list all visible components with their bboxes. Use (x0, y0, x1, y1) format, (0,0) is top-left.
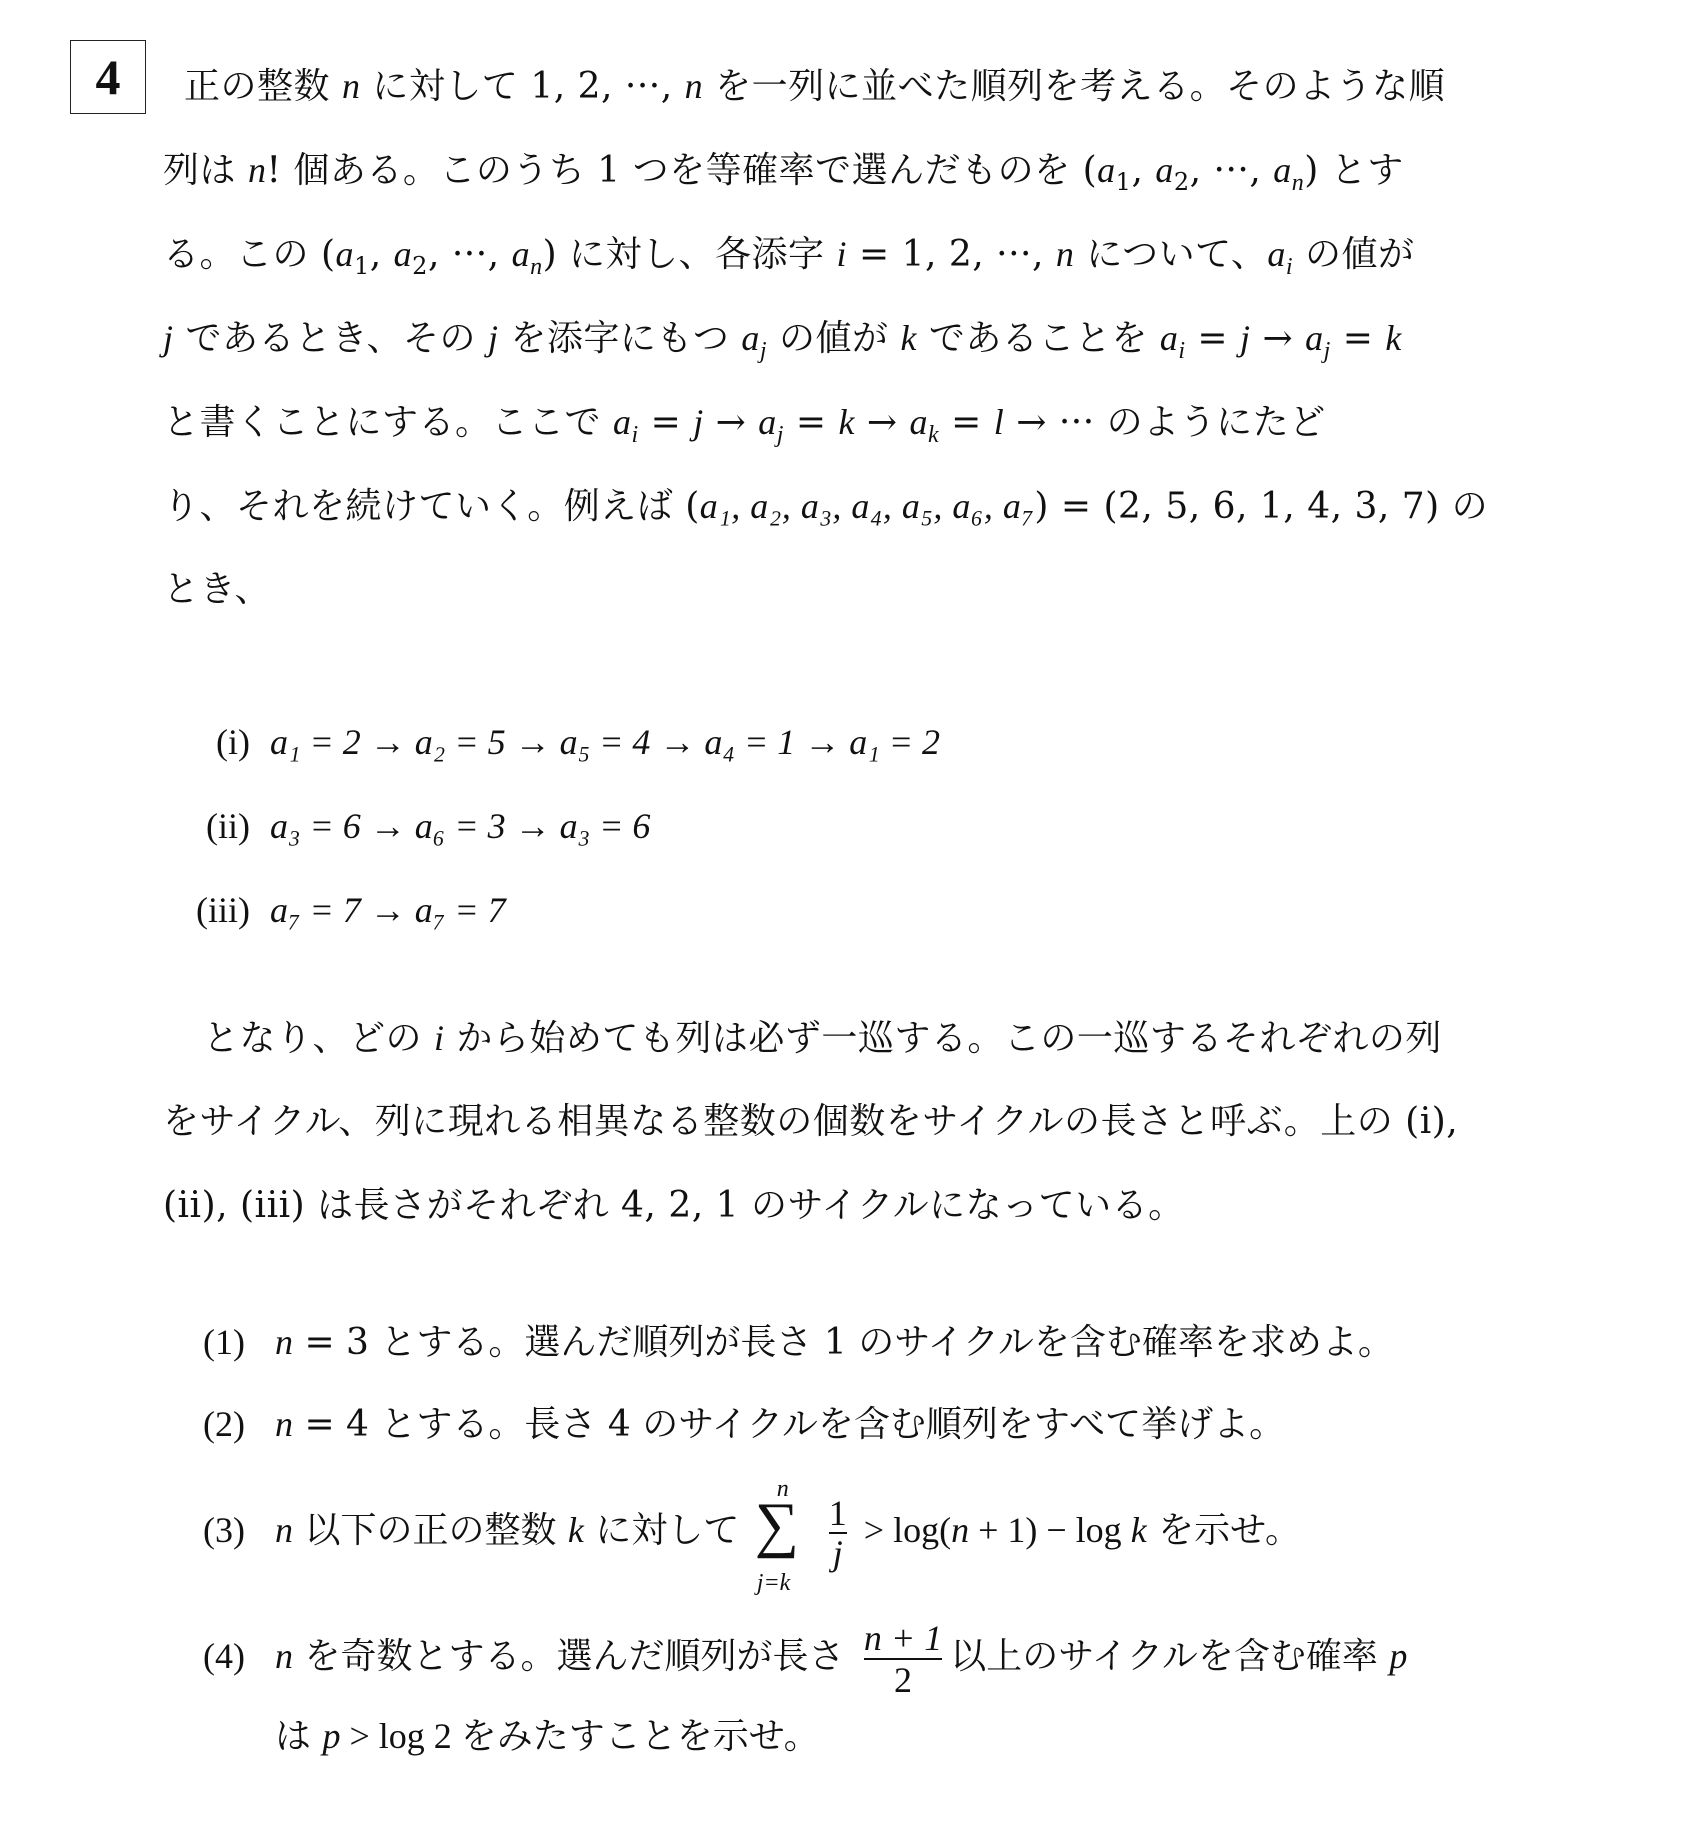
intro-line-3: る。この (a1, a2, ···, an) に対し、各添字 i = 1, 2,… (163, 230, 1415, 279)
fraction-1-over-j: 1j (829, 1494, 847, 1572)
fraction-n-plus-1-over-2: n + 12 (864, 1618, 942, 1700)
explanation-line-1: となり、どの i から始めても列は必ず一巡する。この一巡するそれぞれの列 (203, 1014, 1442, 1063)
question-3: (3)n 以下の正の整数 k に対して n ∑ j=k 1j > log(n +… (203, 1494, 1301, 1572)
intro-line-6: り、それを続けていく。例えば (a₁, a₂, a₃, a₄, a₅, a₆, … (163, 482, 1488, 531)
intro-line-2: 列は n! 個ある。このうち 1 つを等確率で選んだものを (a1, a2, ·… (163, 146, 1404, 195)
problem-number-box: 4 (70, 40, 146, 114)
sigma-symbol: ∑ (755, 1501, 799, 1549)
question-1: (1)n = 3 とする。選んだ順列が長さ 1 のサイクルを含む確率を求めよ。 (203, 1318, 1394, 1367)
explanation-line-2: をサイクル、列に現れる相異なる整数の個数をサイクルの長さと呼ぶ。上の (i), (163, 1098, 1458, 1146)
intro-line-1: 正の整数 n に対して 1, 2, ···, n を一列に並べた順列を考える。そ… (184, 62, 1445, 111)
intro-line-4: j であるとき、その j を添字にもつ aj の値が k であることを ai =… (163, 314, 1402, 363)
question-4-continued: は p > log 2 をみたすことを示せ。 (275, 1712, 820, 1761)
example-sequence-vars: a₁, a₂, a₃, a₄, a₅, a₆, a₇ (700, 486, 1035, 526)
question-2: (2)n = 4 とする。長さ 4 のサイクルを含む順列をすべて挙げよ。 (203, 1400, 1285, 1449)
explanation-line-3: (ii), (iii) は長さがそれぞれ 4, 2, 1 のサイクルになっている… (163, 1182, 1185, 1230)
intro-line-5: と書くことにする。ここで ai = j → aj = k → ak = l → … (163, 398, 1326, 447)
intro-line-7: とき、 (163, 566, 271, 614)
summation: n ∑ j=k (751, 1509, 821, 1557)
question-4: (4)n を奇数とする。選んだ順列が長さ n + 12以上のサイクルを含む確率 … (203, 1618, 1407, 1700)
problem-number: 4 (96, 48, 121, 106)
